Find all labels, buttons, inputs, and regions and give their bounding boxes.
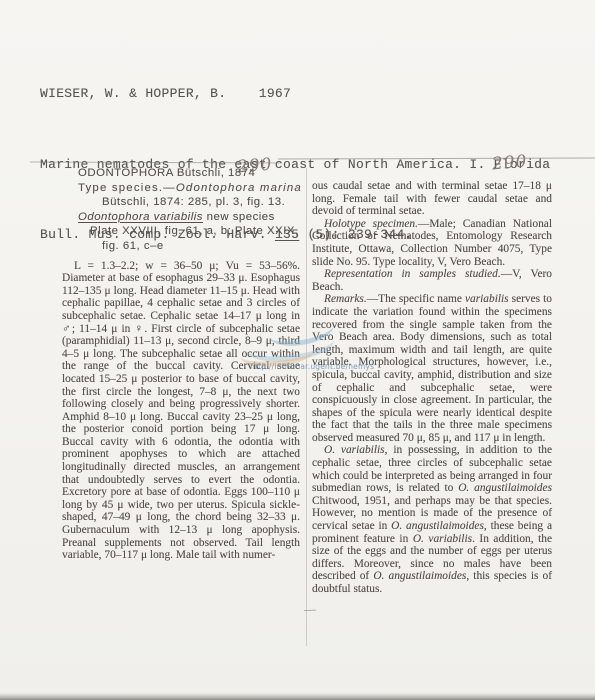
- column-divider: [306, 168, 307, 646]
- species-heading: ODONTOPHORA Bütschli, 1874 Type species.…: [78, 166, 300, 254]
- left-column: ODONTOPHORA Bütschli, 1874 Type species.…: [62, 166, 300, 562]
- representation-paragraph: Representation in samples studied.—V, Ve…: [312, 268, 552, 293]
- genus-header-line: ODONTOPHORA Bütschli, 1874: [78, 166, 300, 181]
- remarks-paragraph: Remarks.—The specific name variabilis se…: [312, 293, 552, 444]
- plate-line-2: fig. 61, c–e: [78, 239, 300, 254]
- page-bottom-edge: [0, 693, 595, 700]
- holotype-paragraph: Holotype specimen.—Male; Canadian Nation…: [312, 218, 552, 268]
- plate-line-1: Plate XXVIII, fig. 61, a, b; Plate XXIX,: [78, 224, 300, 239]
- type-species-line: Type species.—Odontophora marina: [78, 181, 300, 196]
- citation-authors-year: WIESER, W. & HOPPER, B. 1967: [40, 82, 550, 106]
- right-column: ous caudal setae and with terminal setae…: [312, 180, 552, 617]
- tail-continuation-paragraph: ous caudal setae and with terminal setae…: [312, 180, 552, 218]
- comparison-paragraph: O. variabilis, in possessing, in additio…: [312, 444, 552, 595]
- type-species-ref-line: Bütschli, 1874: 285, pl. 3, fig. 13.: [78, 195, 300, 210]
- scanned-page: WIESER, W. & HOPPER, B. 1967 Marine nema…: [0, 0, 595, 700]
- new-species-line: Odontophora variabilis new species: [78, 210, 300, 225]
- handwritten-page-number-right: 290: [491, 151, 528, 174]
- end-of-entry-dash: —: [304, 601, 323, 617]
- species-description-paragraph: L = 1.3–2.2; w = 36–50 μ; Vu = 53–56%. D…: [62, 260, 300, 562]
